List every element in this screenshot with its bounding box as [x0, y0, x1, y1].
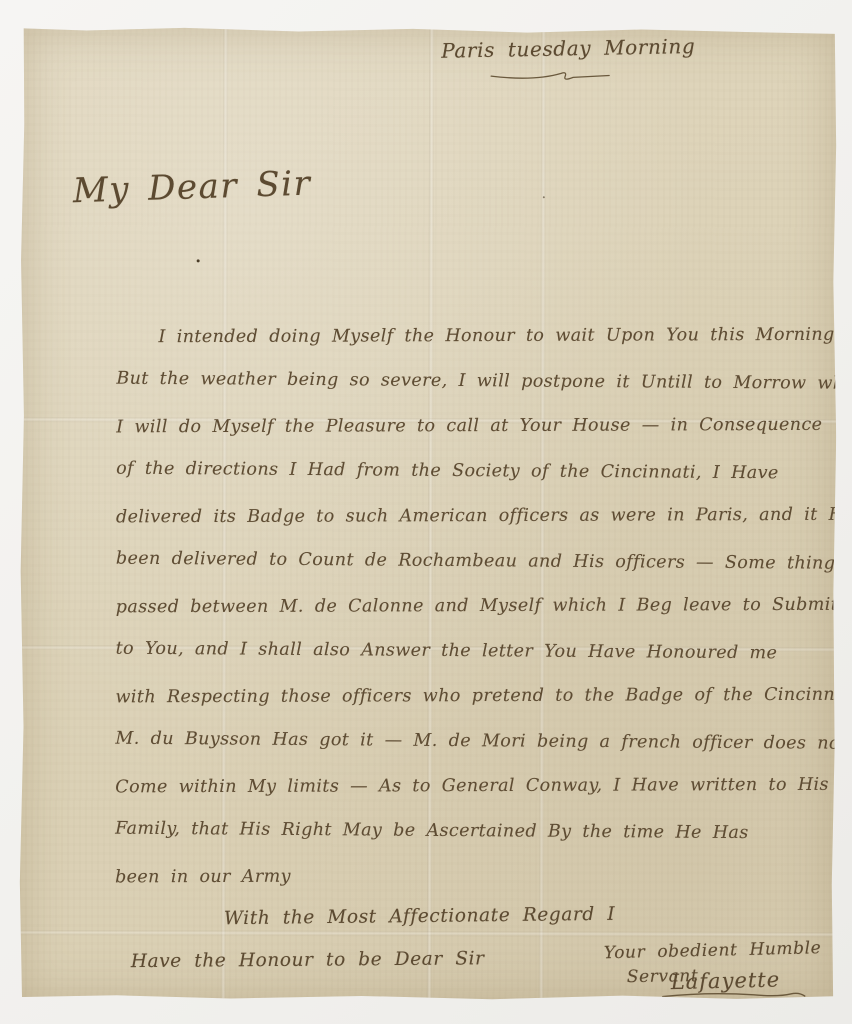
- body-line: been in our Army: [115, 853, 815, 900]
- body-line: been delivered to Count de Rochambeau an…: [116, 537, 816, 587]
- body-line: I will do Myself the Pleasure to call at…: [116, 403, 816, 450]
- valediction-line: Your obedient Humble: [604, 938, 822, 963]
- scan-background: Paris tuesday Morning My Dear Sir I inte…: [0, 0, 852, 1024]
- closing-line: Have the Honour to be Dear Sir: [131, 948, 485, 972]
- body-line: Come within My limits — As to General Co…: [115, 763, 815, 810]
- letter-body: I intended doing Myself the Honour to wa…: [115, 313, 817, 900]
- signature: Lafayette: [671, 967, 781, 994]
- letter-paper: Paris tuesday Morning My Dear Sir I inte…: [19, 27, 838, 1001]
- ink-speck: [197, 259, 200, 262]
- body-line: delivered its Badge to such American off…: [116, 493, 816, 540]
- dateline-flourish: [489, 66, 629, 84]
- body-line: M. du Buysson Has got it — M. de Mori be…: [115, 717, 815, 767]
- body-line: passed between M. de Calonne and Myself …: [116, 583, 816, 630]
- body-line: to You, and I shall also Answer the lett…: [115, 627, 815, 677]
- closing-line: With the Most Affectionate Regard I: [224, 904, 615, 929]
- body-line: of the directions I Had from the Society…: [116, 447, 816, 497]
- body-line: with Respecting those officers who prete…: [115, 673, 815, 720]
- dateline: Paris tuesday Morning: [441, 34, 696, 63]
- body-line: But the weather being so severe, I will …: [116, 357, 816, 407]
- horizontal-fold-crease: [19, 930, 835, 937]
- ink-speck: [543, 196, 545, 198]
- salutation: My Dear Sir: [72, 164, 312, 212]
- body-line: Family, that His Right May be Ascertaine…: [115, 807, 815, 857]
- body-line: I intended doing Myself the Honour to wa…: [116, 313, 816, 360]
